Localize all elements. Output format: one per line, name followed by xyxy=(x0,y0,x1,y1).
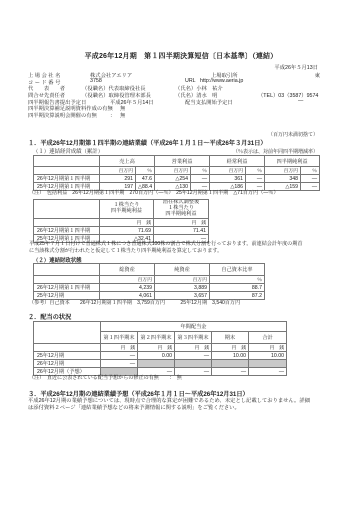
unit-cell: ％ xyxy=(191,167,210,175)
info-row-contact: 問合せ先責任者 （役職名）取締役管理本部長 （氏名）清水 明 （TEL）03（3… xyxy=(28,91,320,98)
rounding-note: （百万円未満切捨て） xyxy=(268,131,318,138)
unit-cell: 円 銭 xyxy=(175,344,212,352)
annual-dividend-header: 年間配当金 xyxy=(101,322,287,332)
column-header: 純資産 xyxy=(155,264,210,276)
unit-cell: 百万円 xyxy=(100,167,136,175)
table-cell xyxy=(34,344,101,352)
column-header: 期末 xyxy=(212,332,249,344)
forecast-body: 平成26年12月期の業績予想については、現時点で合理的な算定が困難であるため、未… xyxy=(28,398,322,412)
table-cell xyxy=(34,156,100,167)
position-header-row: 総資産 純資産 自己資本比率 xyxy=(34,264,265,276)
eps-header-row: １株当たり 四半期純利益 潜在株式調整後 １株当たり 四半期純利益 xyxy=(34,200,209,219)
info-row-representative: 代 表 者 （役職名）代表取締役社長 （氏名）小林 祐介 xyxy=(28,84,320,91)
table-row: 26年12月期第１四半期 71.69 71.41 xyxy=(34,227,209,235)
stock-split-note-line1: 平成25年７月１日付けで普通株式１株につき普通株式100株の割合で株式分割を行っ… xyxy=(29,240,302,247)
table-row: 26年12月期 ― xyxy=(34,360,287,368)
table-cell: ― xyxy=(191,175,210,183)
unit-cell: 円 銭 xyxy=(100,219,154,227)
table-cell: ― xyxy=(249,368,287,376)
column-header: 第２四半期末 xyxy=(138,332,175,344)
unit-cell: 百万円 xyxy=(210,167,246,175)
column-header: 総資産 xyxy=(100,264,155,276)
table-row: 25年12月期 ― 0.00 ― 10.00 10.00 xyxy=(34,352,287,360)
eps-table: １株当たり 四半期純利益 潜在株式調整後 １株当たり 四半期純利益 円 銭 円 … xyxy=(33,199,209,243)
section1-sub1-note: （％表示は、対前年同四半期増減率） xyxy=(233,148,318,155)
table-cell: 71.41 xyxy=(154,227,209,235)
table-cell: 10.00 xyxy=(249,352,287,360)
info-row-supplement: 四半期決算補足説明資料作成の有無 ： 無 xyxy=(28,104,320,111)
unit-cell: ％ xyxy=(246,167,265,175)
position-unit-row: 百万円 百万円 ％ xyxy=(34,276,265,284)
table-cell-shaded xyxy=(175,360,212,368)
info-row-briefing: 四半期決算説明会開催の有無 ： 無 xyxy=(28,111,320,118)
row-label: 26年12月期第１四半期 xyxy=(34,227,100,235)
table-cell: 47.6 xyxy=(136,175,155,183)
unit-cell: ％ xyxy=(301,167,320,175)
table-cell-shaded xyxy=(249,360,287,368)
results-header-row: 売上高 営業利益 経常利益 四半期純利益 xyxy=(34,156,320,167)
table-cell: 88.7 xyxy=(210,284,265,292)
unit-cell: 円 銭 xyxy=(212,344,249,352)
column-header: 売上高 xyxy=(100,156,155,167)
unit-cell: 百万円 xyxy=(155,276,210,284)
unit-cell: 円 銭 xyxy=(249,344,287,352)
column-header: 合計 xyxy=(249,332,287,344)
url-value: http://www.aeria.jp xyxy=(200,78,243,84)
table-cell-shaded xyxy=(212,360,249,368)
row-label: 25年12月期 xyxy=(34,352,101,360)
unit-cell: ％ xyxy=(136,167,155,175)
dividend-span-header-row: 年間配当金 xyxy=(34,322,287,332)
briefing-label: 四半期決算説明会開催の有無 xyxy=(28,111,97,119)
table-cell xyxy=(34,322,101,344)
eps-unit-row: 円 銭 円 銭 xyxy=(34,219,209,227)
table-cell-shaded xyxy=(138,360,175,368)
info-row-code: コ ー ド 番 号 3758 URL http://www.aeria.jp xyxy=(28,78,320,85)
briefing-colon: ： xyxy=(110,111,115,119)
table-cell xyxy=(34,276,100,284)
table-cell: 361 xyxy=(210,175,246,183)
column-header: 経常利益 xyxy=(210,156,265,167)
comprehensive-income-note: （注） 包括利益 26年12月期第１四半期 270百万円（―％） 25年12月期… xyxy=(29,189,279,196)
unit-cell: 百万円 xyxy=(265,167,301,175)
column-header: 第１四半期末 xyxy=(101,332,138,344)
row-label: 26年12月期第１四半期 xyxy=(34,175,100,183)
table-cell xyxy=(34,200,100,219)
info-row-company: 上 場 会 社 名 株式会社アエリア 上場取引所 東 xyxy=(28,71,320,78)
table-cell: 3,889 xyxy=(155,284,210,292)
table-cell: ― xyxy=(101,360,138,368)
forecast-body-line2: は添付資料２ページ「連結業績予想などの将来予測情報に関する説明」をご覧ください。 xyxy=(28,405,322,412)
column-header: 潜在株式調整後 １株当たり 四半期純利益 xyxy=(154,200,209,219)
unit-cell: 百万円 xyxy=(155,167,191,175)
section2-heading: ２．配当の状況 xyxy=(28,312,71,321)
unit-cell: 百万円 xyxy=(100,276,155,284)
table-cell: △254 xyxy=(155,175,191,183)
table-cell: ― xyxy=(101,352,138,360)
unit-cell: 円 銭 xyxy=(138,344,175,352)
earnings-report-page: 平成26年12月期 第１四半期決算短信〔日本基準〕（連結） 平成26年５月13日… xyxy=(0,0,362,512)
table-cell: ― xyxy=(175,352,212,360)
table-cell: 291 xyxy=(100,175,136,183)
results-unit-row: 百万円 ％ 百万円 ％ 百万円 ％ 百万円 ％ xyxy=(34,167,320,175)
dividend-forecast-note: （注） 直近に公表されている配当予想からの修正の有無 ： 無 xyxy=(29,374,182,381)
company-info: 上 場 会 社 名 株式会社アエリア 上場取引所 東 コ ー ド 番 号 375… xyxy=(28,71,320,118)
info-row-filing: 四半期報告書提出予定日 平成26年５月14日 配当支払開始予定日 ― xyxy=(28,98,320,105)
briefing-value: 無 xyxy=(120,111,125,119)
section1-sub1-heading: （１）連結経営成績（累計） xyxy=(33,147,103,155)
dividend-start-value: ― xyxy=(298,98,303,104)
table-cell: 348 xyxy=(265,175,301,183)
equity-reference-note: （参考）自己資本 26年12月期第１四半期 3,759百万円 25年12月期 3… xyxy=(29,299,240,306)
code-value: 3758 xyxy=(90,78,102,84)
table-row: 26年12月期第１四半期 4,239 3,889 88.7 xyxy=(34,284,265,292)
release-date: 平成26年５月13日 xyxy=(274,63,318,71)
table-cell: 10.00 xyxy=(212,352,249,360)
column-header: 四半期純利益 xyxy=(265,156,320,167)
results-table: 売上高 営業利益 経常利益 四半期純利益 百万円 ％ 百万円 ％ 百万円 ％ 百… xyxy=(33,155,320,191)
table-cell: 0.00 xyxy=(138,352,175,360)
section1-heading: １．平成26年12月期第１四半期の連結業績（平成26年１月１日～平成26年３月3… xyxy=(28,138,267,147)
table-cell: ― xyxy=(301,183,320,191)
column-header: 営業利益 xyxy=(155,156,210,167)
table-cell: 71.69 xyxy=(100,227,154,235)
table-cell: ― xyxy=(246,175,265,183)
financial-position-table: 総資産 純資産 自己資本比率 百万円 百万円 ％ 26年12月期第１四半期 4,… xyxy=(33,263,265,300)
url-label: URL xyxy=(185,78,196,84)
column-header: １株当たり 四半期純利益 xyxy=(100,200,154,219)
dividend-unit-row: 円 銭 円 銭 円 銭 円 銭 円 銭 xyxy=(34,344,287,352)
stock-split-note-line2: に当該株式分割が行われたと仮定して１株当たり四半期純利益を算定しております。 xyxy=(29,247,222,254)
row-label: 26年12月期 xyxy=(34,360,101,368)
column-header: 自己資本比率 xyxy=(210,264,265,276)
column-header: 第３四半期末 xyxy=(175,332,212,344)
table-cell: ― xyxy=(212,368,249,376)
table-cell xyxy=(34,264,100,276)
table-cell: ― xyxy=(301,175,320,183)
table-row: 26年12月期第１四半期 291 47.6 △254 ― 361 ― 348 ― xyxy=(34,175,320,183)
section3-heading: ３．平成26年12月期の連結業績予想（平成26年１月１日～平成26年12月31日… xyxy=(28,389,249,398)
table-cell xyxy=(34,219,100,227)
row-label: 26年12月期第１四半期 xyxy=(34,284,100,292)
unit-cell: 円 銭 xyxy=(101,344,138,352)
document-title: 平成26年12月期 第１四半期決算短信〔日本基準〕（連結） xyxy=(0,51,362,61)
unit-cell: 円 銭 xyxy=(154,219,209,227)
unit-cell: ％ xyxy=(210,276,265,284)
table-cell: 4,239 xyxy=(100,284,155,292)
dividend-table: 年間配当金 第１四半期末 第２四半期末 第３四半期末 期末 合計 円 銭 円 銭… xyxy=(33,321,287,376)
table-cell xyxy=(34,167,100,175)
